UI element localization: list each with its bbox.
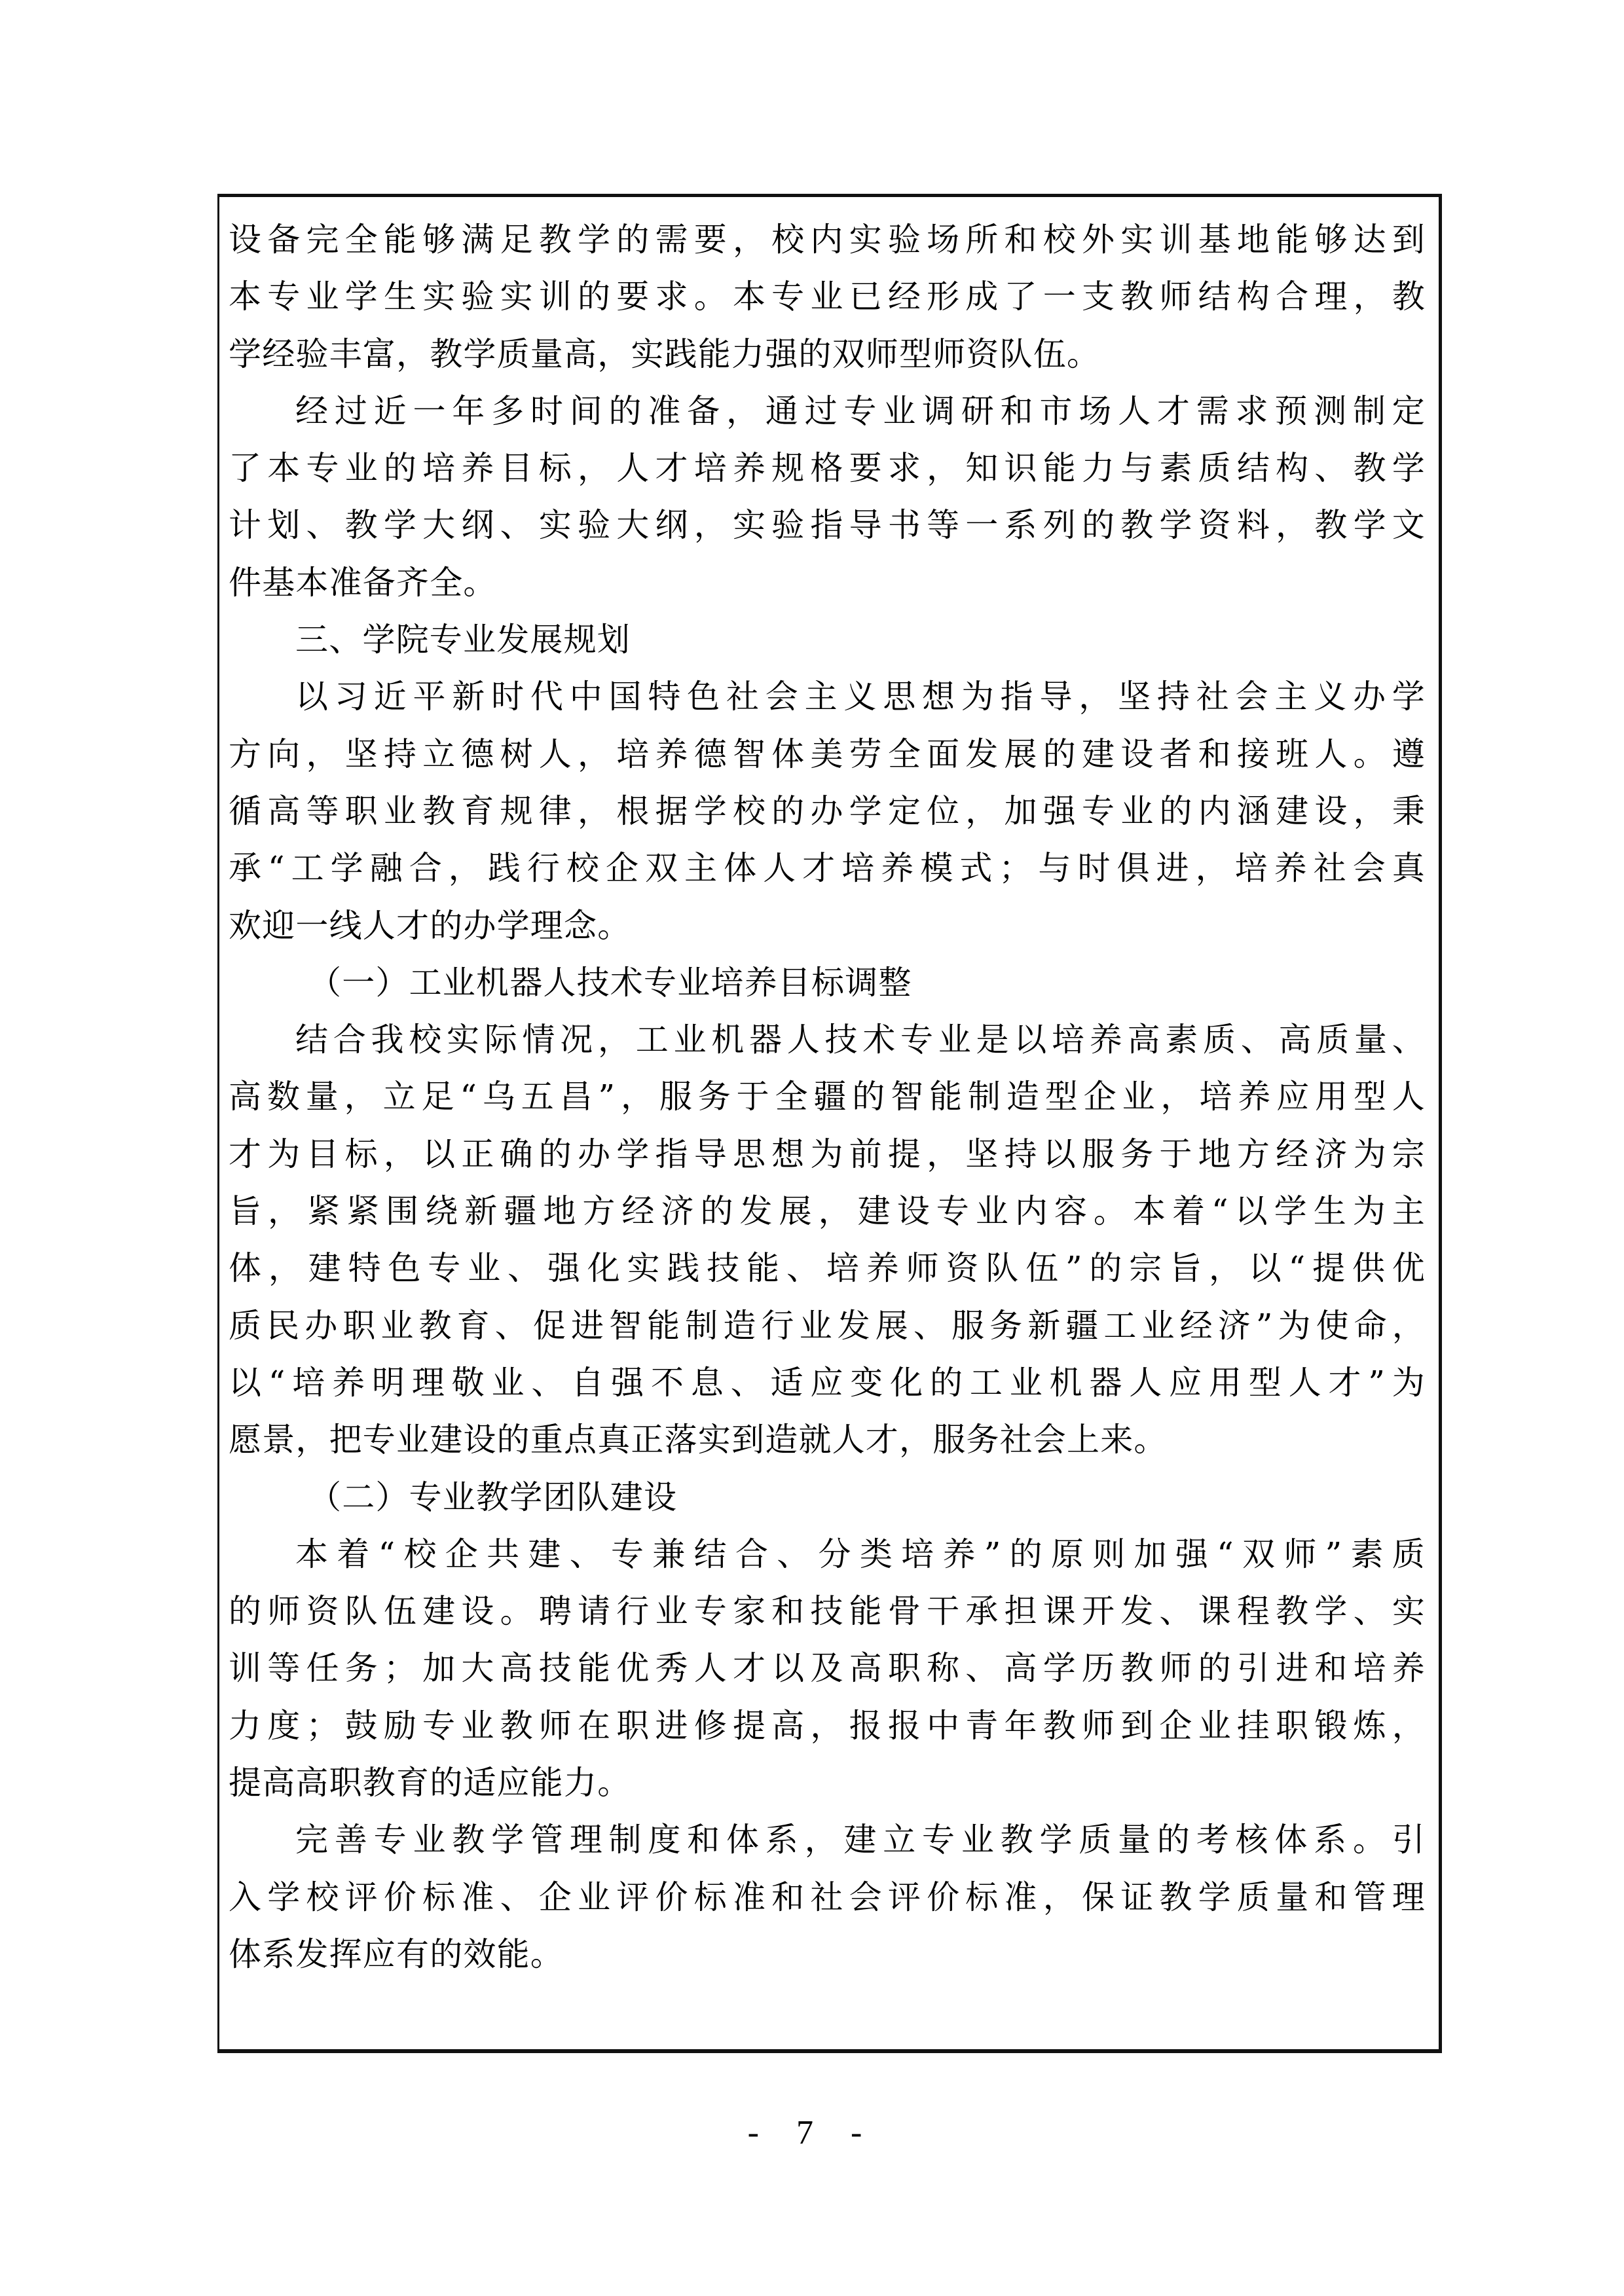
paragraph-start-line: 完善专业教学管理制度和体系，建立专业教学质量的考核体系。引 <box>229 1812 1426 1868</box>
paragraph-start-line: 经过近一年多时间的准备，通过专业调研和市场人才需求预测制定 <box>229 383 1426 440</box>
body-line: 愿景，把专业建设的重点真正落实到造就人才，服务社会上来。 <box>229 1412 1426 1468</box>
body-line: 循高等职业教育规律，根据学校的办学定位，加强专业的内涵建设，秉 <box>229 783 1426 840</box>
body-line: 提高高职教育的适应能力。 <box>229 1755 1426 1812</box>
body-line: 训等任务；加大高技能优秀人才以及高职称、高学历教师的引进和培养 <box>229 1640 1426 1697</box>
page-number: - 7 - <box>0 2113 1624 2152</box>
body-line: 本专业学生实验实训的要求。本专业已经形成了一支教师结构合理，教 <box>229 268 1426 325</box>
paragraph-start-line: 结合我校实际情况，工业机器人技术专业是以培养高素质、高质量、 <box>229 1011 1426 1068</box>
body-line: 承“工学融合，践行校企双主体人才培养模式；与时俱进，培养社会真 <box>229 840 1426 897</box>
content-frame: 设备完全能够满足教学的需要，校内实验场所和校外实训基地能够达到 本专业学生实验实… <box>217 194 1442 2053</box>
body-line: 体，建特色专业、强化实践技能、培养师资队伍”的宗旨，以“提供优 <box>229 1240 1426 1297</box>
paragraph-start-line: 以习近平新时代中国特色社会主义思想为指导，坚持社会主义办学 <box>229 668 1426 725</box>
body-line: 高数量，立足“乌五昌”，服务于全疆的智能制造型企业，培养应用型人 <box>229 1068 1426 1125</box>
body-line: 力度；鼓励专业教师在职进修提高，报报中青年教师到企业挂职锻炼， <box>229 1698 1426 1755</box>
subsection-heading: （一）工业机器人技术专业培养目标调整 <box>229 955 1426 1011</box>
body-line: 欢迎一线人才的办学理念。 <box>229 898 1426 955</box>
body-line: 设备完全能够满足教学的需要，校内实验场所和校外实训基地能够达到 <box>229 211 1426 268</box>
body-line: 才为目标，以正确的办学指导思想为前提，坚持以服务于地方经济为宗 <box>229 1126 1426 1183</box>
paragraph-start-line: 本着“校企共建、专兼结合、分类培养”的原则加强“双师”素质 <box>229 1526 1426 1583</box>
body-line: 以“培养明理敬业、自强不息、适应变化的工业机器人应用型人才”为 <box>229 1355 1426 1412</box>
section-heading: 三、学院专业发展规划 <box>229 611 1426 668</box>
body-line: 件基本准备齐全。 <box>229 555 1426 611</box>
body-line: 了本专业的培养目标，人才培养规格要求，知识能力与素质结构、教学 <box>229 440 1426 497</box>
body-line: 学经验丰富，教学质量高，实践能力强的双师型师资队伍。 <box>229 326 1426 383</box>
body-line: 的师资队伍建设。聘请行业专家和技能骨干承担课开发、课程教学、实 <box>229 1583 1426 1640</box>
body-line: 计划、教学大纲、实验大纲，实验指导书等一系列的教学资料，教学文 <box>229 497 1426 554</box>
body-line: 体系发挥应有的效能。 <box>229 1926 1426 1983</box>
body-line: 入学校评价标准、企业评价标准和社会评价标准，保证教学质量和管理 <box>229 1869 1426 1926</box>
body-line: 质民办职业教育、促进智能制造行业发展、服务新疆工业经济”为使命， <box>229 1298 1426 1355</box>
body-line: 旨，紧紧围绕新疆地方经济的发展，建设专业内容。本着“以学生为主 <box>229 1183 1426 1240</box>
body-line: 方向，坚持立德树人，培养德智体美劳全面发展的建设者和接班人。遵 <box>229 726 1426 783</box>
subsection-heading: （二）专业教学团队建设 <box>229 1469 1426 1526</box>
